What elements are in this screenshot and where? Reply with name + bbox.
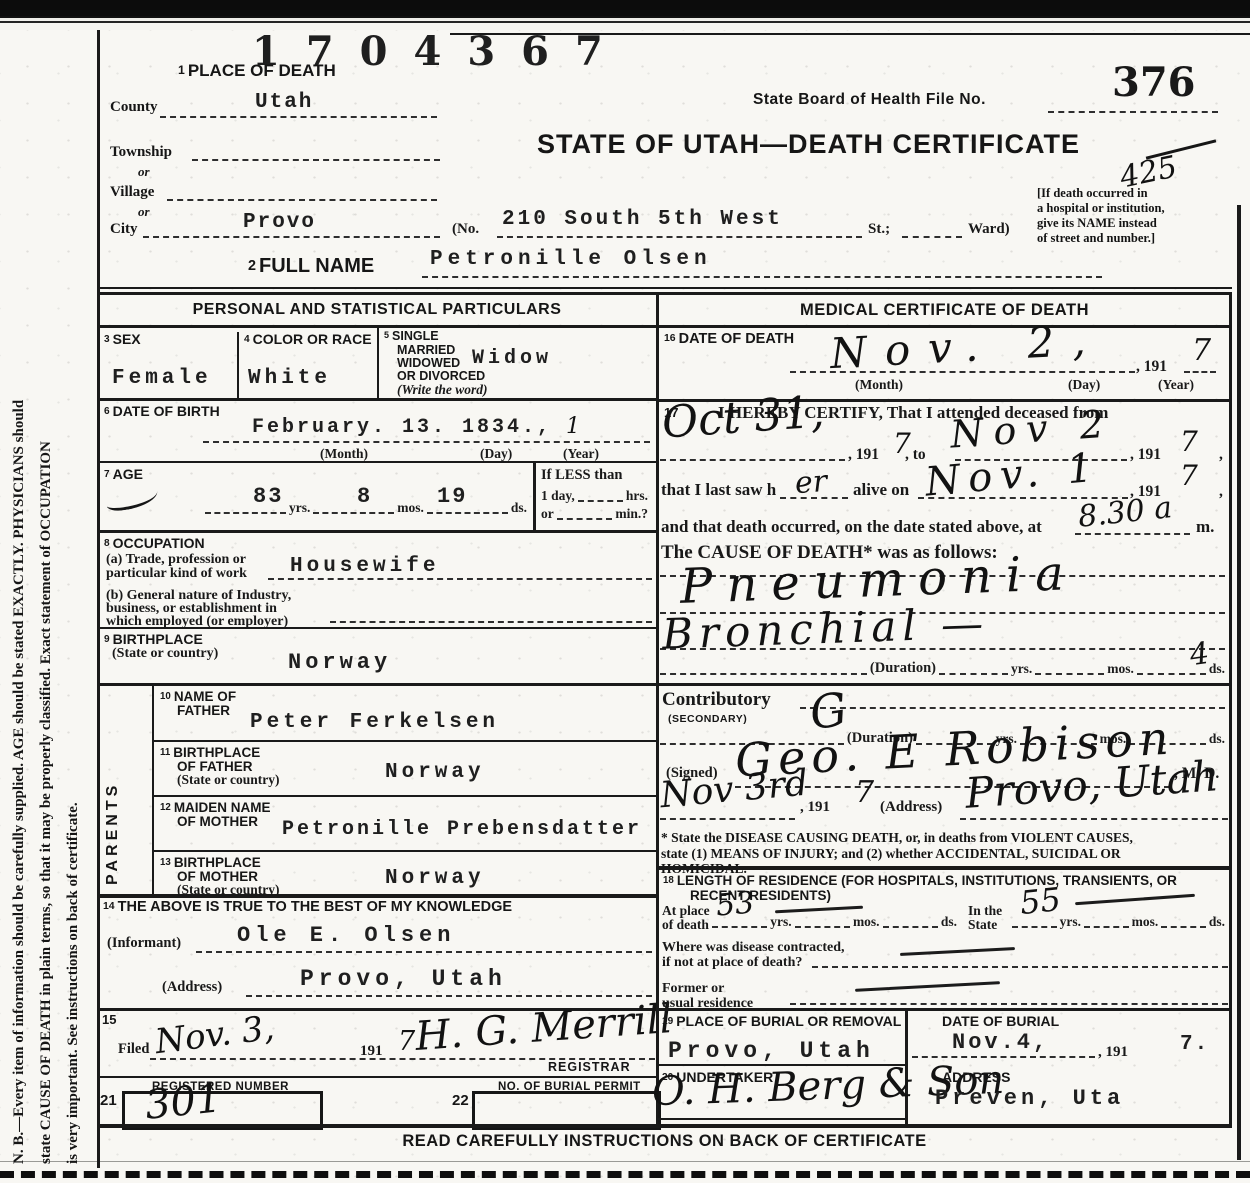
field-number: 8: [104, 538, 110, 549]
dod-year-label: (Year): [1158, 378, 1194, 392]
dob-label: 6DATE OF BIRTH: [104, 404, 220, 419]
field-number: 2: [248, 258, 256, 274]
informant-value: Ole E. Olsen: [237, 925, 455, 947]
father-name-line1: NAME OF: [174, 689, 236, 704]
dashed-fill: [578, 498, 623, 502]
marital-label: 5SINGLE: [384, 330, 439, 343]
birthplace-value: Norway: [288, 652, 391, 674]
field-number: 1: [178, 63, 185, 77]
hospital-note-line: give its NAME instead: [1037, 216, 1227, 231]
date-of-death-label: 16DATE OF DEATH: [664, 332, 794, 347]
mother-name-line2: OF MOTHER: [177, 815, 258, 829]
parents-group-label: PARENTS: [104, 700, 122, 885]
registered-number-field-number: 21: [100, 1093, 117, 1109]
alive-on-label: alive on: [853, 481, 909, 499]
in-state-line2: State: [968, 918, 997, 932]
age-yrs-label: yrs.: [289, 501, 310, 515]
hospital-note: [If death occurred in a hospital or inst…: [1037, 186, 1227, 246]
torn-edge-bottom: [0, 1171, 1250, 1178]
age-less-hrs-line: 1 day, hrs.: [541, 487, 651, 502]
age-less-day-label: 1 day,: [541, 489, 575, 503]
occupation-value: Housewife: [290, 556, 439, 577]
row-border: [657, 683, 1232, 686]
sex-label-text: SEX: [113, 331, 141, 347]
mother-birthplace-line1: BIRTHPLACE: [174, 855, 261, 870]
date-of-death-line: [790, 371, 1135, 373]
village-label: Village: [110, 185, 154, 201]
informant-certify-text: THE ABOVE IS TRUE TO THE BEST OF MY KNOW…: [118, 899, 512, 915]
state-ds-label: ds.: [1209, 915, 1225, 929]
date-of-burial-value: Nov.4,: [952, 1032, 1049, 1054]
occupation-label: 8OCCUPATION: [104, 536, 205, 551]
field-number: 12: [160, 802, 171, 813]
age-mos-label: mos.: [397, 501, 424, 515]
year-prefix: , 191: [1130, 447, 1161, 463]
field-number: 11: [160, 747, 170, 758]
registrar-label: REGISTRAR: [548, 1061, 631, 1074]
sex-label: 3SEX: [104, 332, 141, 347]
parents-row-border: [152, 740, 657, 742]
marital-value: Widow: [472, 349, 552, 369]
dashed-fill: [939, 671, 1008, 675]
dashed-fill: [205, 510, 286, 514]
mother-birthplace-value: Norway: [385, 868, 485, 889]
field-number: 7: [104, 469, 110, 480]
date-of-death-year-handwritten: 7: [1192, 336, 1211, 366]
undertaker-address-label: ADDRESS: [942, 1070, 1010, 1085]
age-units-line: yrs. mos. ds.: [205, 498, 530, 514]
informant-address-label: (Address): [162, 980, 222, 995]
duration-days-handwritten: 4: [1188, 639, 1211, 671]
place-of-burial-value: Provo, Utah: [668, 1040, 875, 1063]
parents-row-border: [152, 795, 657, 797]
full-name-line: [422, 276, 1102, 278]
dashed-fill: [1161, 924, 1206, 928]
age-subcell-divider: [533, 462, 536, 530]
informant-label: (Informant): [107, 936, 181, 951]
county-label: County: [110, 100, 158, 116]
disease-contracted-line2: if not at place of death?: [662, 956, 802, 971]
file-no-value: 376: [1112, 62, 1196, 104]
cause-footnote-line: * State the DISEASE CAUSING DEATH, or, i…: [661, 830, 1229, 846]
hospital-note-line: [If death occurred in: [1037, 186, 1227, 201]
date-of-death-handwritten: Nov. 2,: [829, 319, 1104, 375]
hospital-note-line: of street and number.]: [1037, 231, 1227, 246]
marital-single: SINGLE: [392, 329, 439, 343]
city-label: City: [110, 222, 138, 238]
burial-permit-field-number: 22: [452, 1093, 469, 1109]
row-border: [97, 461, 657, 463]
margin-instruction-line: N. B.—Every item of information should b…: [6, 52, 33, 1164]
row-border-heavy: [657, 1008, 1232, 1011]
residence-place-line: yrs. mos. ds.: [712, 913, 960, 928]
sign-address-line: [960, 818, 1228, 820]
res-yrs-label: yrs.: [770, 915, 791, 929]
death-certificate-scan: N. B.—Every item of information should b…: [0, 0, 1250, 1183]
file-no-label: State Board of Health File No.: [753, 92, 986, 108]
pronoun-line: [780, 497, 848, 499]
death-occurred-text: and that death occurred, on the date sta…: [661, 518, 1042, 536]
date-of-death-text: DATE OF DEATH: [679, 331, 794, 347]
date-of-death-year-line: [1184, 371, 1216, 373]
date-of-death-year-prefix: , 191: [1136, 359, 1167, 375]
sign-date-handwritten: Nov 3rd: [659, 766, 810, 815]
field-number: 19: [662, 1016, 673, 1027]
form-left-border: [97, 30, 100, 1168]
residence-state-line: yrs. mos. ds.: [1012, 913, 1228, 928]
township-label: Township: [110, 145, 172, 161]
field-number: 5: [384, 330, 389, 340]
field-number: 6: [104, 406, 110, 417]
at-place-line2: of death: [662, 918, 709, 932]
dashed-fill: [660, 671, 867, 675]
field-number: 13: [160, 857, 171, 868]
full-name-label: FULL NAME: [259, 255, 374, 277]
birthplace-hint: (State or country): [112, 647, 218, 662]
row-border: [97, 627, 657, 629]
margin-instruction-line: state CAUSE OF DEATH in plain terms, so …: [33, 52, 60, 1164]
right-edge-artifact: [1237, 205, 1241, 1160]
dashed-fill: [795, 924, 850, 928]
state-mos-label: mos.: [1132, 915, 1159, 929]
filed-field-number: 15: [102, 1013, 116, 1027]
handwritten-stroke: [1146, 139, 1217, 159]
township-line: [192, 159, 440, 161]
occupation-a-line2: particular kind of work: [106, 567, 247, 582]
personal-section-title: PERSONAL AND STATISTICAL PARTICULARS: [97, 302, 657, 319]
informant-address-line: [246, 995, 652, 997]
age-less-hrs-label: hrs.: [626, 489, 648, 503]
contributory-label: Contributory: [662, 690, 771, 710]
parents-label-text: PARENTS: [104, 782, 121, 885]
city-line: [143, 236, 440, 238]
place-of-death-label: PLACE OF DEATH: [188, 61, 336, 80]
street-no-label: (No.: [452, 222, 479, 238]
row-border-heavy: [97, 683, 657, 686]
row-border: [97, 1076, 657, 1078]
certificate-title: STATE OF UTAH—DEATH CERTIFICATE: [537, 130, 1080, 158]
filed-year-handwritten: 7: [398, 1028, 415, 1055]
row-border: [97, 398, 657, 401]
res-mos-label: mos.: [853, 915, 880, 929]
father-birthplace-line1: BIRTHPLACE: [173, 745, 260, 760]
cause-of-death-handwritten: Bronchial —: [661, 602, 989, 655]
birthplace-label: 9BIRTHPLACE: [104, 632, 203, 647]
county-line: [160, 116, 437, 118]
row-border: [97, 530, 657, 533]
sign-date-line: [660, 818, 795, 820]
ward-line: [902, 236, 962, 238]
occupation-a-line: [268, 578, 652, 580]
dashed-fill: [313, 510, 394, 514]
dob-month-label: (Month): [320, 447, 368, 461]
dod-month-label: (Month): [855, 378, 903, 392]
duration-ds-label: ds.: [1209, 662, 1225, 676]
last-saw-text: that I last saw h: [661, 481, 776, 499]
sex-value: Female: [112, 368, 212, 389]
field-number: 10: [160, 691, 171, 702]
header-rule: [97, 287, 1232, 289]
parents-row-border: [152, 850, 657, 852]
last-saw-year-handwritten: 7: [1180, 462, 1198, 490]
last-saw-date-handwritten: Nov. 1: [924, 447, 1103, 502]
age-less-or-label: or: [541, 507, 554, 521]
parents-divider: [152, 686, 154, 894]
ward-label: Ward): [968, 222, 1010, 238]
age-ds-label: ds.: [511, 501, 527, 515]
race-value: White: [248, 368, 331, 389]
undertaker-row-border: [658, 1118, 905, 1120]
field-number: 14: [103, 901, 115, 912]
header-rule: [97, 292, 1232, 295]
filed-label: Filed: [118, 1042, 149, 1057]
dashed-fill: [1035, 671, 1104, 675]
informant-address-value: Provo, Utah: [300, 968, 507, 991]
year-prefix: , 191: [800, 800, 830, 816]
field-number: 18: [663, 875, 674, 886]
cell-divider: [377, 328, 379, 399]
full-name-heading: 2FULL NAME: [248, 256, 374, 277]
duration-label: (Duration): [870, 661, 936, 676]
dashed-fill: [427, 510, 508, 514]
hospital-note-line: a hospital or institution,: [1037, 201, 1227, 216]
street-value: 210 South 5th West: [502, 209, 783, 230]
dashed-fill: [557, 516, 613, 520]
marital-hint: (Write the word): [397, 383, 488, 397]
age-less-line1: If LESS than: [541, 468, 622, 483]
field-number: 4: [244, 334, 250, 345]
field-number: 3: [104, 334, 110, 345]
full-name-value: Petronille Olsen: [430, 249, 712, 270]
dashed-fill: [1084, 924, 1129, 928]
filed-date-handwritten: Nov. 3,: [153, 1011, 276, 1059]
place-of-death-heading: 1PLACE OF DEATH: [178, 62, 336, 80]
disease-contracted-line1: Where was disease contracted,: [662, 941, 845, 956]
sign-year-handwritten: 7: [855, 778, 874, 808]
duration-mos-label: mos.: [1107, 662, 1134, 676]
city-value: Provo: [243, 212, 316, 233]
father-birthplace-value: Norway: [385, 762, 485, 783]
undertaker-address-value: Preven, Uta: [935, 1088, 1124, 1110]
father-birthplace-hint: (State or country): [177, 773, 279, 787]
attended-from-line: [660, 459, 845, 461]
form-right-border: [1229, 293, 1232, 1126]
dod-day-label: (Day): [1068, 378, 1100, 392]
secondary-label: (SECONDARY): [668, 714, 747, 725]
contributory-line: [800, 707, 1225, 709]
death-time-line: [1075, 533, 1190, 535]
footer-banner: READ CAREFULLY INSTRUCTIONS ON BACK OF C…: [97, 1133, 1232, 1150]
disease-contracted-line: [812, 966, 1228, 968]
burial-year-prefix: , 191: [1098, 1045, 1128, 1061]
meridiem-label: m.: [1196, 518, 1214, 536]
place-of-burial-text: PLACE OF BURIAL OR REMOVAL: [676, 1013, 901, 1029]
father-name-line2: FATHER: [177, 704, 230, 718]
age-label-text: AGE: [113, 466, 143, 482]
race-label-text: COLOR OR RACE: [253, 331, 372, 347]
res-ds-label: ds.: [941, 915, 957, 929]
former-residence-line: [790, 1003, 1228, 1005]
year-prefix: , 191: [848, 447, 879, 463]
age-less-min-label: min.?: [615, 507, 648, 521]
handwritten-flourish-mark: [105, 484, 159, 512]
comma: ,: [1219, 447, 1223, 463]
village-line: [167, 199, 437, 201]
dob-line: [203, 441, 650, 443]
row-border-heavy: [97, 894, 657, 898]
dob-day-label: (Day): [480, 447, 512, 461]
age-less-min-line: or min.?: [541, 505, 651, 520]
mother-name-line1: MAIDEN NAME: [174, 800, 271, 815]
death-time-handwritten: 8.30 a: [1077, 493, 1174, 533]
dob-year-label: (Year): [563, 447, 599, 461]
handwritten-dash: [1075, 894, 1195, 905]
former-residence-line1: Former or: [662, 982, 724, 997]
place-of-burial-label: 19PLACE OF BURIAL OR REMOVAL: [662, 1014, 901, 1029]
informant-certify-label: 14THE ABOVE IS TRUE TO THE BEST OF MY KN…: [103, 900, 512, 915]
bottom-faint-line: [0, 1161, 1250, 1162]
field-number: 16: [664, 333, 676, 344]
duration-ds-label: ds.: [1209, 732, 1225, 746]
cell-divider: [237, 332, 239, 399]
file-no-line: [1048, 111, 1218, 113]
state-yrs-label: yrs.: [1060, 915, 1081, 929]
date-of-burial-line: [912, 1056, 1095, 1058]
dob-handwritten-mark: 1: [566, 416, 580, 438]
margin-instructions: N. B.—Every item of information should b…: [6, 52, 92, 1164]
race-label: 4COLOR OR RACE: [244, 332, 372, 347]
cause-duration-line: (Duration) yrs. mos. ds.: [660, 660, 1228, 675]
medical-section-title: MEDICAL CERTIFICATE OF DEATH: [657, 302, 1232, 319]
father-name-value: Peter Ferkelsen: [250, 712, 499, 733]
duration-yrs-label: yrs.: [1011, 662, 1032, 676]
attended-to-year-handwritten: 7: [1180, 428, 1198, 456]
occupation-label-text: OCCUPATION: [113, 535, 205, 551]
dob-value: February. 13. 1834.,: [252, 418, 552, 438]
torn-edge-top: [0, 0, 1250, 16]
date-of-burial-label: DATE OF BURIAL: [942, 1014, 1059, 1029]
dashed-fill: [1012, 924, 1057, 928]
age-label: 7AGE: [104, 467, 143, 482]
comma: ,: [1219, 484, 1223, 500]
handwritten-dash: [900, 947, 1015, 956]
attended-from-handwritten: Oct 31,: [661, 390, 826, 445]
dashed-fill: [712, 924, 767, 928]
form-bottom-border: [97, 1124, 1232, 1128]
informant-line: [196, 951, 652, 953]
address-label: (Address): [880, 800, 942, 816]
field-number: 9: [104, 634, 110, 645]
burial-year-value: 7.: [1180, 1034, 1209, 1055]
mother-name-value: Petronille Prebensdatter: [282, 820, 642, 840]
or-label: or: [138, 205, 150, 219]
row-border-heavy: [657, 866, 1232, 870]
dob-label-text: DATE OF BIRTH: [113, 403, 220, 419]
street-line: [497, 236, 862, 238]
margin-instruction-line: is very important. See instructions on b…: [60, 52, 87, 1164]
occupation-b-line: [330, 621, 652, 623]
birthplace-label-text: BIRTHPLACE: [113, 631, 203, 647]
st-label: St.;: [868, 222, 890, 238]
last-saw-pronoun-handwritten: er: [794, 467, 828, 499]
residence-label-line2: RECENT RESIDENTS): [690, 889, 831, 903]
county-value: Utah: [255, 92, 313, 113]
registered-number-value: 301: [143, 1078, 223, 1126]
or-label: or: [138, 165, 150, 179]
handwritten-dash: [855, 981, 1000, 992]
dashed-fill: [883, 924, 938, 928]
cause-footnote-line: state (1) MEANS OF INJURY; and (2) wheth…: [661, 846, 1229, 862]
